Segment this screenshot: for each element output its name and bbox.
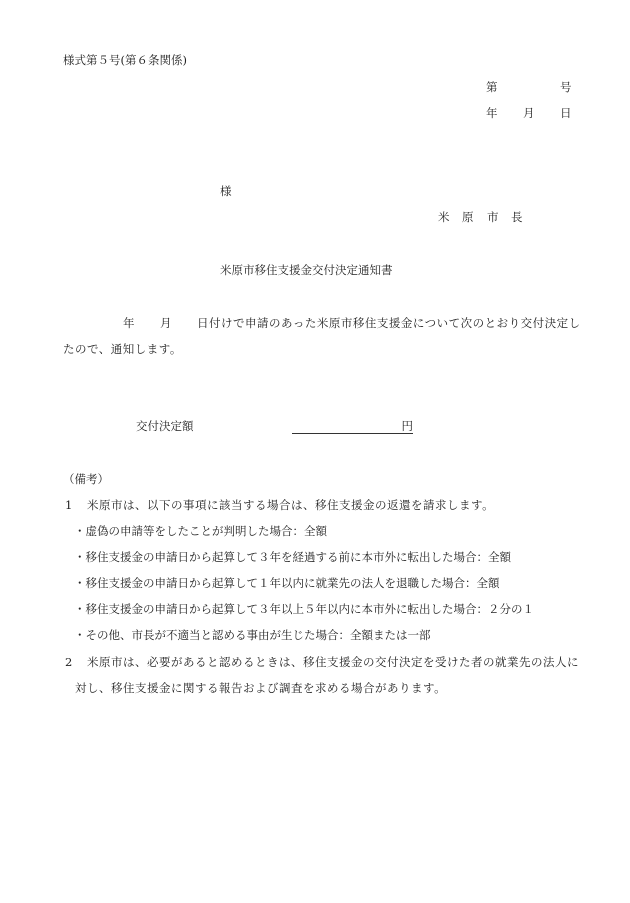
doc-number-suffix: 号 — [560, 80, 572, 94]
sender-char: 米 — [438, 210, 450, 224]
sender-char: 長 — [511, 210, 523, 224]
date-day-label: 日 — [560, 106, 572, 120]
body-date-year: 年 — [123, 316, 135, 330]
amount-label: 交付決定額 — [136, 419, 194, 433]
remark-text: 米原市は、以下の事項に該当する場合は、移住支援金の返還を請求します。 — [87, 498, 494, 512]
remark-bullet: ・その他、市長が不適当と認める事由が生じた場合：全額または一部 — [74, 628, 431, 642]
remark-text-line-1: 米原市は、必要があると認めるときは、移住支援金の交付決定を受けた者の就業先の法人… — [87, 655, 579, 669]
addressee-honorific: 様 — [220, 184, 232, 198]
form-number: 様式第５号(第６条関係) — [63, 53, 187, 67]
body-line-2: たので、通知します。 — [63, 342, 182, 356]
doc-number-prefix: 第 — [486, 80, 498, 94]
amount-unit: 円 — [402, 419, 414, 433]
sender-char: 市 — [487, 210, 499, 224]
amount-field: 円 — [292, 419, 413, 434]
remark-number: 2 — [65, 655, 72, 669]
body-date-month: 月 — [160, 316, 172, 330]
date-month-label: 月 — [523, 106, 535, 120]
remark-number: 1 — [65, 498, 72, 512]
body-line-1: 日付けで申請のあった米原市移住支援金について次のとおり交付決定し — [197, 316, 581, 330]
remarks-heading: （備考） — [63, 472, 109, 486]
remark-bullet: ・移住支援金の申請日から起算して１年以内に就業先の法人を退職した場合：全額 — [74, 576, 500, 590]
remark-text-line-2: 対し、移住支援金に関する報告および調査を求める場合があります。 — [75, 681, 446, 695]
sender-char: 原 — [462, 210, 474, 224]
document-title: 米原市移住支援金交付決定通知書 — [220, 263, 393, 277]
date-year-label: 年 — [486, 106, 498, 120]
remark-bullet: ・移住支援金の申請日から起算して３年を経過する前に本市外に転出した場合：全額 — [74, 550, 511, 564]
remark-bullet: ・移住支援金の申請日から起算して３年以上５年以内に本市外に転出した場合：２分の１ — [74, 602, 534, 616]
remark-bullet: ・虚偽の申請等をしたことが判明した場合：全額 — [74, 524, 327, 538]
